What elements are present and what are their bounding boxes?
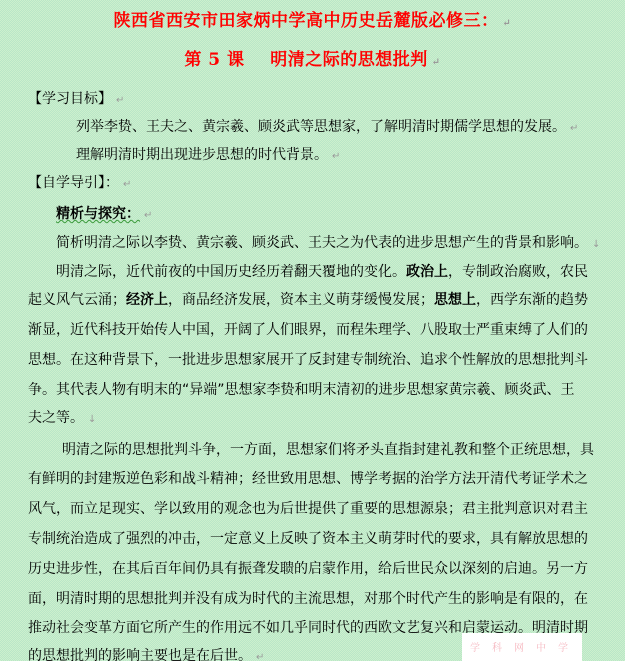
paragraph-mark-icon: ↵ [332, 151, 340, 162]
paragraph-line: 有鲜明的封建叛逆色彩和战斗精神；经世致用思想、博学考据的治学方法开清代考证学术之 [28, 469, 588, 489]
paragraph-line: 历史进步性，在其后百年间仍具有振聋发聩的启蒙作用，给后世民众以深刻的启迪。另一方 [28, 559, 588, 579]
text: ，商品经济发展，资本主义萌芽缓慢发展； [168, 292, 434, 308]
paragraph-mark-icon: ↵ [256, 652, 264, 661]
paragraph-mark-icon: ↵ [503, 18, 512, 29]
question-text: 简析明清之际以李贽、黄宗羲、顾炎武、王夫之为代表的进步思想产生的背景和影响。↓ [56, 233, 600, 255]
objectives-heading: 【学习目标】↵ [28, 89, 124, 111]
paragraph-line: 专制统治造成了强烈的冲击，一定意义上反映了资本主义萌芽时代的要求，具有解放思想的 [28, 529, 588, 549]
paragraph-line: 风气，而立足现实、学以致用的观念也为后世提供了重要的思想源泉；君主批判意识对君主 [28, 499, 588, 519]
watermark-logo: 学 科 网 中 学 [462, 633, 582, 661]
guide-heading: 【自学导引】：↵ [28, 173, 131, 195]
paragraph-line: 夫之等。↓ [28, 408, 96, 430]
watermark-char: 科 [492, 639, 502, 654]
heading-text: 【学习目标】 [28, 91, 112, 107]
text: ，西学东渐的趋势 [476, 292, 588, 308]
text: ，专制政治腐败，农民 [448, 264, 588, 280]
objective-text: 理解明清时期出现进步思想的时代背景。 [76, 147, 328, 163]
paragraph-mark-icon: ↵ [116, 95, 124, 106]
line-break-icon: ↓ [88, 414, 96, 425]
objective-item: 理解明清时期出现进步思想的时代背景。↵ [76, 145, 340, 167]
watermark-char: 学 [470, 639, 480, 654]
text: 面，明清时期的思想批判并没有成为时代的主流思想，对那个时代产生的影响是有限的，在 [28, 591, 588, 607]
paragraph-mark-icon: ↵ [432, 57, 441, 68]
lesson-title: 第 5 课 明清之际的思想批判↵ [0, 45, 625, 70]
heading-text: 精析与探究： [56, 206, 140, 222]
document-title: 陕西省西安市田家炳中学高中历史岳麓版必修三：↵ [0, 6, 625, 31]
objective-text: 列举李贽、王夫之、黄宗羲、顾炎武等思想家，了解明清时期儒学思想的发展。 [76, 119, 566, 135]
paragraph-line: 思想。在这种背景下，一批进步思想家展开了反封建专制统治、追求个性解放的思想批判斗 [28, 350, 588, 370]
text: 有鲜明的封建叛逆色彩和战斗精神；经世致用思想、博学考据的治学方法开清代考证学术之 [28, 471, 588, 487]
watermark-char: 中 [536, 639, 546, 654]
objective-item: 列举李贽、王夫之、黄宗羲、顾炎武等思想家，了解明清时期儒学思想的发展。↵ [76, 117, 578, 139]
bold-text: 经济上 [126, 292, 168, 308]
text: 争。其代表人物有明末的“异端”思想家李贽和明末清初的进步思想家黄宗羲、顾炎武、王 [28, 382, 575, 398]
line-break-icon: ↓ [592, 239, 600, 250]
paragraph-line: 渐显，近代科技开始传人中国，开阔了人们眼界，而程朱理学、八股取士严重束缚了人们的 [28, 320, 588, 340]
text: 渐显，近代科技开始传人中国，开阔了人们眼界，而程朱理学、八股取士严重束缚了人们的 [28, 322, 588, 338]
text: 思想。在这种背景下，一批进步思想家展开了反封建专制统治、追求个性解放的思想批判斗 [28, 352, 588, 368]
watermark-char: 学 [558, 639, 568, 654]
paragraph-mark-icon: ↵ [123, 179, 131, 190]
text: 明清之际，近代前夜的中国历史经历着翻天覆地的变化。 [56, 264, 406, 280]
heading-text: 【自学导引】： [28, 175, 119, 191]
bold-text: 政治上 [406, 264, 448, 280]
paragraph-line: 起义风气云涌；经济上，商品经济发展，资本主义萌芽缓慢发展；思想上，西学东渐的趋势 [28, 290, 588, 310]
text: 历史进步性，在其后百年间仍具有振聋发聩的启蒙作用，给后世民众以深刻的启迪。另一方 [28, 561, 588, 577]
text: 的思想批判的影响主要也是在后世。 [28, 648, 252, 661]
watermark-char: 网 [514, 639, 524, 654]
paragraph-line: 争。其代表人物有明末的“异端”思想家李贽和明末清初的进步思想家黄宗羲、顾炎武、王 [28, 380, 575, 400]
text: 起义风气云涌； [28, 292, 126, 308]
paragraph-mark-icon: ↵ [570, 123, 578, 134]
paragraph-line: 的思想批判的影响主要也是在后世。↵ [28, 646, 264, 661]
text: 专制统治造成了强烈的冲击，一定意义上反映了资本主义萌芽时代的要求，具有解放思想的 [28, 531, 588, 547]
title-text: 陕西省西安市田家炳中学高中历史岳麓版必修三： [114, 11, 499, 31]
paragraph-mark-icon: ↵ [144, 210, 152, 221]
text: 夫之等。 [28, 410, 84, 426]
question-content: 简析明清之际以李贽、黄宗羲、顾炎武、王夫之为代表的进步思想产生的背景和影响。 [56, 235, 588, 251]
analysis-heading: 精析与探究：↵ [56, 204, 152, 226]
lesson-text: 第 5 课 明清之际的思想批判 [184, 50, 427, 70]
paragraph-line: 面，明清时期的思想批判并没有成为时代的主流思想，对那个时代产生的影响是有限的，在 [28, 589, 588, 609]
text: 明清之际的思想批判斗争，一方面，思想家们将矛头直指封建礼教和整个正统思想，具 [62, 442, 594, 458]
paragraph-line: 明清之际的思想批判斗争，一方面，思想家们将矛头直指封建礼教和整个正统思想，具 [62, 440, 594, 460]
text: 风气，而立足现实、学以致用的观念也为后世提供了重要的思想源泉；君主批判意识对君主 [28, 501, 588, 517]
bold-text: 思想上 [434, 292, 476, 308]
paragraph-line: 明清之际，近代前夜的中国历史经历着翻天覆地的变化。政治上，专制政治腐败，农民 [56, 262, 588, 282]
